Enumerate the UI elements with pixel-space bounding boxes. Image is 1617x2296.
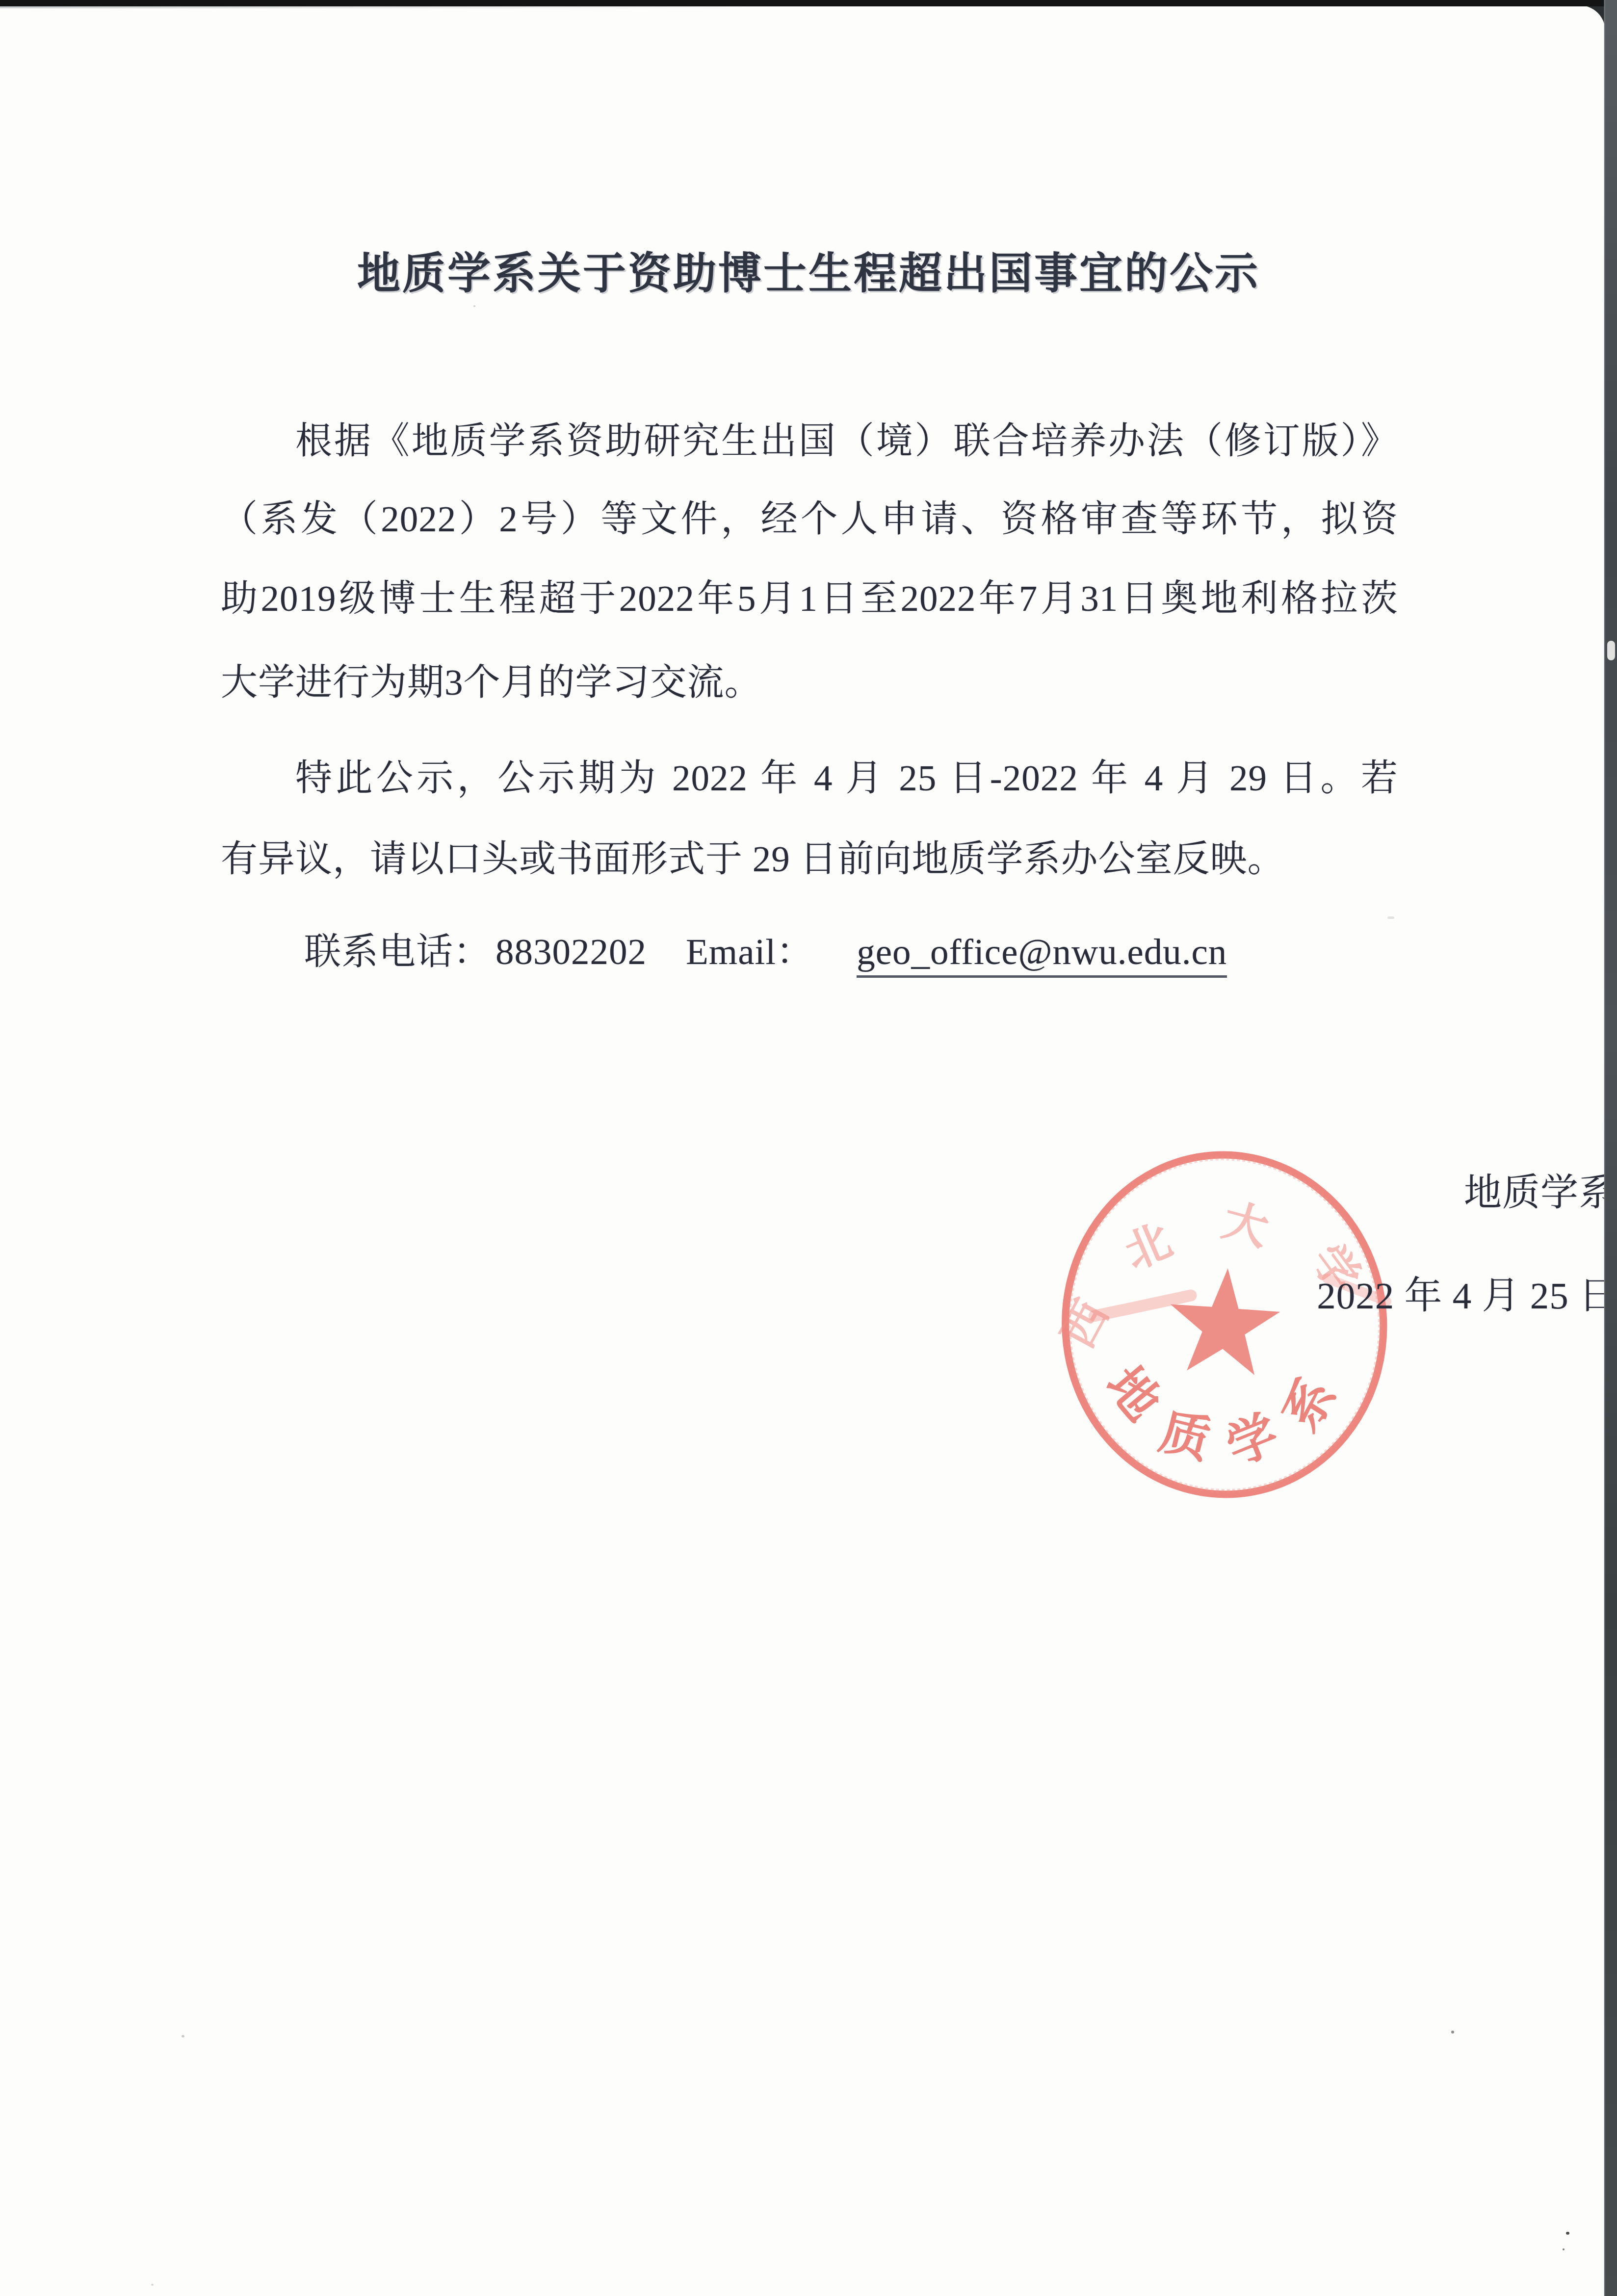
phone-label: 联系电话： [304,932,491,972]
scan-speck [1387,916,1394,919]
scan-speck [1563,2248,1565,2250]
scan-edge-right-highlight [1604,0,1605,2296]
body-line-5: 特此公示，公示期为 2022 年 4 月 25 日-2022 年 4 月 29 … [221,752,1398,806]
body-line-6: 有异议，请以口头或书面形式于 29 日前向地质学系办公室反映。 [221,833,1398,887]
email-label: Email： [686,932,813,972]
signature-department: 地质学系 [0,1162,1617,1217]
scan-edge-right [1604,0,1617,2296]
scanned-page: 地质学系关于资助博士生程超出国事宜的公示 根据《地质学系资助研究生出国（境）联合… [0,0,1617,2296]
scan-speck [151,2284,154,2286]
scan-speck [1566,2232,1569,2235]
scan-speck [182,2035,184,2037]
contact-line: 联系电话：88302202Email：geo_office@nwu.edu.cn [221,926,1398,979]
scan-edge-notch [1607,641,1615,660]
document-title: 地质学系关于资助博士生程超出国事宜的公示 [0,239,1617,301]
scan-edge-top [0,0,1617,6]
signature-date: 2022 年 4 月 25 日 [0,1265,1617,1320]
scan-edge-top-shadow [0,6,765,8]
body-line-4: 大学进行为期3个月的学习交流。 [221,656,1398,710]
body-line-2: （系发（2022）2号）等文件，经个人申请、资格审查等环节，拟资 [221,493,1398,547]
email-address: geo_office@nwu.edu.cn [857,932,1227,978]
scan-speck [473,305,475,307]
body-line-3: 助2019级博士生程超于2022年5月1日至2022年7月31日奥地利格拉茨 [221,573,1398,626]
phone-number: 88302202 [496,932,647,972]
body-line-1: 根据《地质学系资助研究生出国（境）联合培养办法（修订版）》 [221,415,1398,469]
scan-speck [1451,2031,1454,2034]
